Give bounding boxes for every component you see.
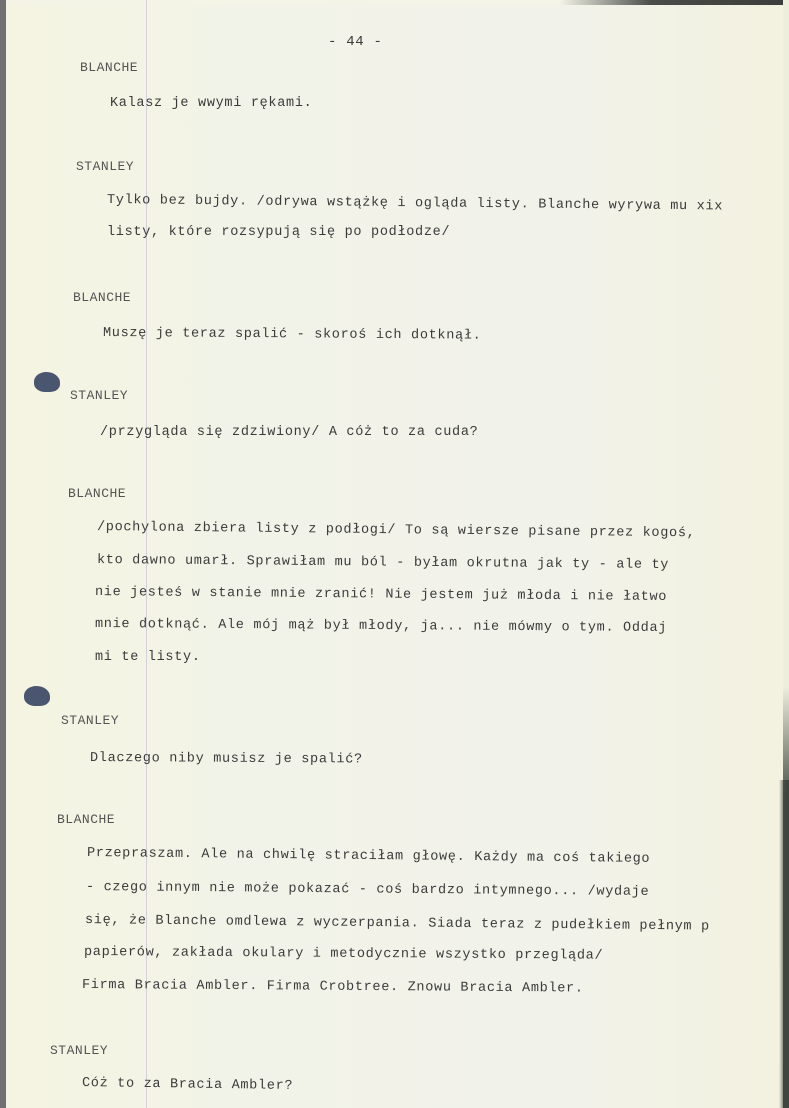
dialogue-line: Dlaczego niby musisz je spalić? — [90, 751, 363, 767]
speaker-name: BLANCHE — [68, 486, 126, 501]
speaker-name: BLANCHE — [80, 60, 138, 75]
page-number: - 44 - — [328, 34, 383, 50]
scan-top-edge — [560, 0, 789, 5]
speaker-name: BLANCHE — [73, 290, 131, 305]
dialogue-line: Muszę je teraz spalić - skoroś ich dotkn… — [103, 326, 482, 344]
punch-hole-icon — [34, 372, 60, 392]
dialogue-line: /przygląda się zdziwiony/ A cóż to za cu… — [100, 425, 478, 440]
speaker-name: STANLEY — [70, 388, 128, 403]
dialogue-line: Cóż to za Bracia Ambler? — [82, 1076, 293, 1094]
dialogue-line: Kalasz je wwymi rękami. — [110, 96, 312, 111]
dialogue-line: listy, które rozsypują się po podłodze/ — [107, 225, 450, 240]
speaker-name: STANLEY — [76, 159, 134, 174]
scan-right-shadow — [779, 780, 789, 1108]
speaker-name: STANLEY — [61, 713, 119, 728]
speaker-name: STANLEY — [50, 1043, 108, 1058]
punch-hole-icon — [24, 686, 50, 706]
speaker-name: BLANCHE — [57, 812, 115, 827]
dialogue-line: mi te listy. — [95, 650, 201, 665]
